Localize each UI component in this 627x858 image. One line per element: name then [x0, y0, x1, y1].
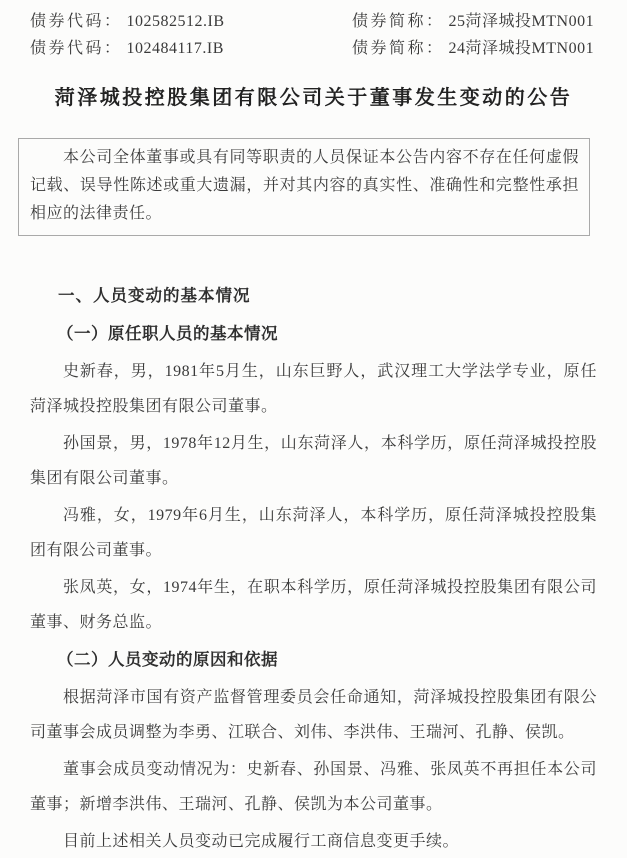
subsection-2-heading: （二）人员变动的原因和依据	[57, 642, 597, 677]
paragraph-change-details: 董事会成员变动情况为：史新春、孙国景、冯雅、张凤英不再担任本公司董事；新增李洪伟…	[30, 752, 597, 822]
bond-header: 债券代码：102582512.IB 债券简称：25菏泽城投MTN001 债券代码…	[30, 8, 597, 62]
bond-header-row-1: 债券代码：102582512.IB 债券简称：25菏泽城投MTN001	[30, 8, 597, 35]
bond-name-group: 债券简称：24菏泽城投MTN001	[352, 35, 594, 62]
bond-name-value: 24菏泽城投MTN001	[445, 40, 595, 57]
document-body: 一、人员变动的基本情况 （一）原任职人员的基本情况 史新春，男，1981年5月生…	[30, 278, 597, 858]
announcement-document-page: 债券代码：102582512.IB 债券简称：25菏泽城投MTN001 债券代码…	[0, 0, 627, 858]
disclaimer-box: 本公司全体董事或具有同等职责的人员保证本公告内容不存在任何虚假记载、误导性陈述或…	[18, 138, 590, 236]
bond-code-value: 102484117.IB	[123, 40, 224, 57]
paragraph-registration-status: 目前上述相关人员变动已完成履行工商信息变更手续。	[30, 824, 597, 858]
bond-code-label: 债券代码：	[30, 13, 123, 30]
document-title: 菏泽城投控股集团有限公司关于董事发生变动的公告	[0, 84, 627, 112]
bond-name-group: 债券简称：25菏泽城投MTN001	[352, 8, 594, 35]
bond-name-value: 25菏泽城投MTN001	[445, 13, 595, 30]
bond-code-label: 债券代码：	[30, 40, 123, 57]
section-1-heading: 一、人员变动的基本情况	[58, 278, 597, 313]
bond-code-value: 102582512.IB	[123, 13, 225, 30]
paragraph-person-fengya: 冯雅，女，1979年6月生，山东菏泽人，本科学历，原任菏泽城投控股集团有限公司董…	[30, 498, 597, 568]
paragraph-person-sunguojing: 孙国景，男，1978年12月生，山东菏泽人，本科学历，原任菏泽城投控股集团有限公…	[30, 426, 597, 496]
bond-header-row-2: 债券代码：102484117.IB 债券简称：24菏泽城投MTN001	[30, 35, 597, 62]
subsection-1-heading: （一）原任职人员的基本情况	[57, 316, 597, 351]
bond-name-label: 债券简称：	[352, 40, 445, 57]
bond-name-label: 债券简称：	[352, 13, 445, 30]
paragraph-person-zhangfengying: 张凤英，女，1974年生，在职本科学历，原任菏泽城投控股集团有限公司董事、财务总…	[30, 570, 597, 640]
disclaimer-text: 本公司全体董事或具有同等职责的人员保证本公告内容不存在任何虚假记载、误导性陈述或…	[30, 144, 579, 228]
paragraph-change-basis: 根据菏泽市国有资产监督管理委员会任命通知，菏泽城投控股集团有限公司董事会成员调整…	[30, 680, 597, 750]
paragraph-person-shixinchun: 史新春，男，1981年5月生，山东巨野人，武汉理工大学法学专业，原任菏泽城投控股…	[30, 354, 597, 424]
